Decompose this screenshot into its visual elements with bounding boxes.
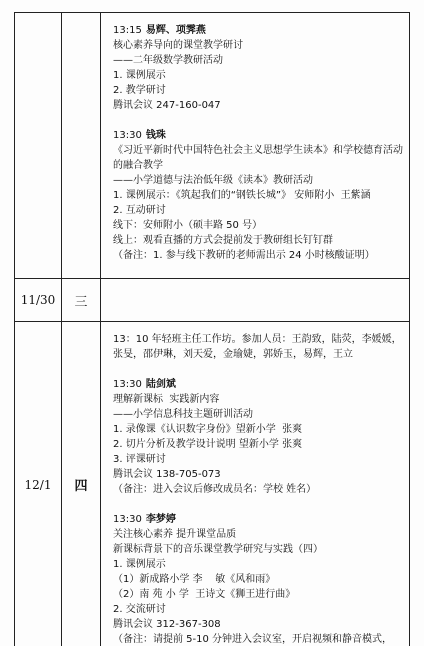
table-row: 12/1 四 13：10 年轻班主任工作坊。参加人员：王韵致，陆荧，李媛媛，张旻…	[15, 322, 410, 646]
date-cell	[15, 13, 62, 279]
date-cell: 12/1	[15, 322, 62, 646]
event-note: （备注：请提前 5-10 分钟进入会议室，开启视频和静音模式，	[113, 632, 405, 646]
event-line: 线下：安师附小（硕丰路 50 号）	[113, 218, 405, 233]
spacer	[113, 113, 405, 128]
spacer	[113, 497, 405, 512]
activities-cell: 13：10 年轻班主任工作坊。参加人员：王韵致，陆荧，李媛媛，张旻，邵伊琳，刘天…	[101, 322, 410, 646]
event-line: （2）南 苑 小 学 王诗文《狮王进行曲》	[113, 587, 405, 602]
event-header: 13:30陆剑斌	[113, 377, 405, 392]
weekday-cell	[62, 13, 101, 279]
event-host: 李梦婷	[146, 514, 176, 525]
event-line: 线上：观看直播的方式会提前发于教研组长钉钉群	[113, 233, 405, 248]
event-line: （1）新成路小学 李 敏《风和雨》	[113, 572, 405, 587]
event-block: 13:30钱珠 《习近平新时代中国特色社会主义思想学生读本》和学校德育活动的融合…	[113, 128, 405, 263]
event-header: 13:30钱珠	[113, 128, 405, 143]
event-block: 13:30陆剑斌 理解新课标 实践新内容 ——小学信息科技主题研训活动 1. 录…	[113, 377, 405, 497]
table-row: 13:15易辉、项霁燕 核心素养导向的课堂教学研讨 ——二年级数学教研活动 1.…	[15, 13, 410, 279]
event-block: 13:15易辉、项霁燕 核心素养导向的课堂教学研讨 ——二年级数学教研活动 1.…	[113, 13, 405, 113]
event-line: 新课标背景下的音乐课堂教学研究与实践（四）	[113, 542, 405, 557]
event-line: 1. 课例展示	[113, 557, 405, 572]
event-host: 陆剑斌	[146, 379, 176, 390]
schedule-table: 13:15易辉、项霁燕 核心素养导向的课堂教学研讨 ——二年级数学教研活动 1.…	[14, 12, 410, 646]
weekday-cell: 三	[62, 279, 101, 322]
event-line: ——小学道德与法治低年级《读本》教研活动	[113, 173, 405, 188]
event-block: 13:30李梦婷 关注核心素养 提升课堂品质 新课标背景下的音乐课堂教学研究与实…	[113, 512, 405, 646]
meeting-id: 腾讯会议 247-160-047	[113, 98, 405, 113]
event-line: 2. 教学研讨	[113, 83, 405, 98]
event-line: 1. 课例展示	[113, 68, 405, 83]
activities-cell: 13:15易辉、项霁燕 核心素养导向的课堂教学研讨 ——二年级数学教研活动 1.…	[101, 13, 410, 279]
event-line: 3. 评课研讨	[113, 452, 405, 467]
event-header: 13:15易辉、项霁燕	[113, 23, 405, 38]
table-row: 11/30 三	[15, 279, 410, 322]
event-note: （备注：进入会议后修改成员名：学校 姓名）	[113, 482, 405, 497]
event-time: 13:15	[113, 25, 142, 36]
event-line: 2. 交流研讨	[113, 602, 405, 617]
event-line: 2. 互动研讨	[113, 203, 405, 218]
event-host: 钱珠	[146, 130, 166, 141]
spacer	[113, 362, 405, 377]
event-line: 1. 录像课《认识数字身份》望新小学 张爽	[113, 422, 405, 437]
meeting-id: 腾讯会议 138-705-073	[113, 467, 405, 482]
meeting-id: 腾讯会议 312-367-308	[113, 617, 405, 632]
event-line: 关注核心素养 提升课堂品质	[113, 527, 405, 542]
event-line: ——二年级数学教研活动	[113, 53, 405, 68]
event-line: 理解新课标 实践新内容	[113, 392, 405, 407]
event-line: 《习近平新时代中国特色社会主义思想学生读本》和学校德育活动的融合教学	[113, 143, 405, 173]
event-time: 13:30	[113, 379, 142, 390]
activities-cell	[101, 279, 410, 322]
event-line: 2. 切片分析及教学设计说明 望新小学 张爽	[113, 437, 405, 452]
event-block: 13：10 年轻班主任工作坊。参加人员：王韵致，陆荧，李媛媛，张旻，邵伊琳，刘天…	[113, 322, 405, 362]
event-time: 13:30	[113, 130, 142, 141]
event-note: （备注：1. 参与线下教研的老师需出示 24 小时核酸证明）	[113, 248, 405, 263]
event-line: ——小学信息科技主题研训活动	[113, 407, 405, 422]
event-header: 13:30李梦婷	[113, 512, 405, 527]
event-time: 13:30	[113, 514, 142, 525]
event-line: 13：10 年轻班主任工作坊。参加人员：王韵致，陆荧，李媛媛，张旻，邵伊琳，刘天…	[113, 332, 405, 362]
event-line: 核心素养导向的课堂教学研讨	[113, 38, 405, 53]
event-host: 易辉、项霁燕	[146, 25, 206, 36]
weekday-cell: 四	[62, 322, 101, 646]
event-line: 1. 课例展示：《筑起我们的“钢铁长城”》 安师附小 王紫涵	[113, 188, 405, 203]
date-cell: 11/30	[15, 279, 62, 322]
